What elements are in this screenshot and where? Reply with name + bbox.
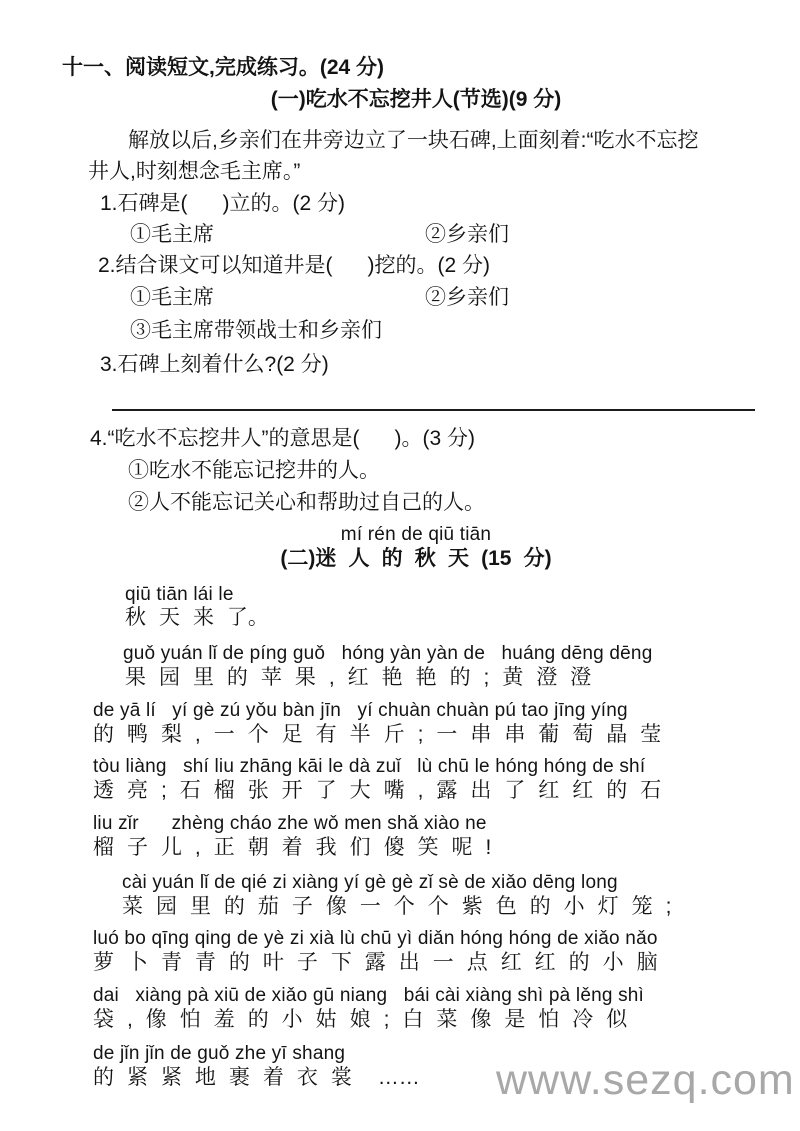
watermark-text: www.sezq.com	[496, 1056, 795, 1105]
passage1-line: 井人,时刻想念毛主席。”	[88, 160, 300, 184]
question-4-option-2: ②人不能忘记关心和帮助过自己的人。	[128, 491, 485, 515]
question-4: 4.“吃水不忘挖井人”的意思是( )。(3 分)	[90, 427, 475, 451]
question-1-option-2: ②乡亲们	[425, 223, 509, 247]
passage2-hanzi-line: 透 亮 ; 石 榴 张 开 了 大 嘴 , 露 出 了 红 红 的 石	[93, 779, 661, 803]
passage2-hanzi-line: 袋 , 像 怕 羞 的 小 姑 娘 ; 白 菜 像 是 怕 冷 似	[93, 1008, 627, 1032]
passage2-title-pinyin: mí rén de qiū tiān	[16, 524, 800, 545]
section-header: 十一、阅读短文,完成练习。(24 分)	[62, 56, 384, 80]
passage2-hanzi-line: 的 鸭 梨 , 一 个 足 有 半 斤 ; 一 串 串 葡 萄 晶 莹	[93, 723, 661, 747]
passage2-pinyin-line: liu zǐr zhèng cháo zhe wǒ men shǎ xiào n…	[93, 813, 487, 834]
worksheet-page: 十一、阅读短文,完成练习。(24 分) (一)吃水不忘挖井人(节选)(9 分) …	[0, 0, 800, 1131]
passage2-pinyin-line: guǒ yuán lǐ de píng guǒ hóng yàn yàn de …	[123, 643, 652, 664]
passage2-hanzi-line: 果 园 里 的 苹 果 , 红 艳 艳 的 ; 黄 澄 澄	[125, 666, 591, 690]
passage1-line: 解放以后,乡亲们在井旁边立了一块石碑,上面刻着:“吃水不忘挖	[128, 129, 699, 153]
passage1-title: (一)吃水不忘挖井人(节选)(9 分)	[16, 88, 800, 112]
question-2-option-1: ①毛主席	[130, 286, 214, 310]
answer-blank-line	[112, 409, 755, 411]
passage2-pinyin-line: luó bo qīng qing de yè zi xià lù chū yì …	[93, 928, 658, 949]
question-2: 2.结合课文可以知道井是( )挖的。(2 分)	[98, 254, 490, 278]
passage2-pinyin-line: qiū tiān lái le	[125, 584, 234, 605]
question-3: 3.石碑上刻着什么?(2 分)	[100, 353, 329, 377]
passage2-pinyin-line: cài yuán lǐ de qié zi xiàng yí gè gè zǐ …	[122, 872, 618, 893]
question-2-option-2: ②乡亲们	[425, 286, 509, 310]
question-2-option-3: ③毛主席带领战士和乡亲们	[130, 319, 382, 343]
question-1-option-1: ①毛主席	[130, 223, 214, 247]
passage2-title: (二)迷 人 的 秋 天 (15 分)	[16, 547, 800, 571]
question-1: 1.石碑是( )立的。(2 分)	[100, 192, 345, 216]
passage2-hanzi-line: 榴 子 儿 , 正 朝 着 我 们 傻 笑 呢 !	[93, 836, 491, 860]
question-4-option-1: ①吃水不能忘记挖井的人。	[128, 459, 380, 483]
passage2-pinyin-line: dai xiàng pà xiū de xiǎo gū niang bái cà…	[93, 985, 644, 1006]
passage2-pinyin-line: tòu liàng shí liu zhāng kāi le dà zuǐ lù…	[93, 756, 645, 777]
passage2-hanzi-line: 的 紧 紧 地 裹 着 衣 裳 ……	[93, 1066, 420, 1090]
passage2-hanzi-line: 菜 园 里 的 茄 子 像 一 个 个 紫 色 的 小 灯 笼 ;	[122, 895, 671, 919]
passage2-hanzi-line: 萝 卜 青 青 的 叶 子 下 露 出 一 点 红 红 的 小 脑	[93, 951, 658, 975]
passage2-hanzi-line: 秋 天 来 了。	[125, 606, 269, 630]
passage2-pinyin-line: de jǐn jǐn de guǒ zhe yī shang	[93, 1043, 345, 1064]
passage2-pinyin-line: de yā lí yí gè zú yǒu bàn jīn yí chuàn c…	[93, 700, 628, 721]
